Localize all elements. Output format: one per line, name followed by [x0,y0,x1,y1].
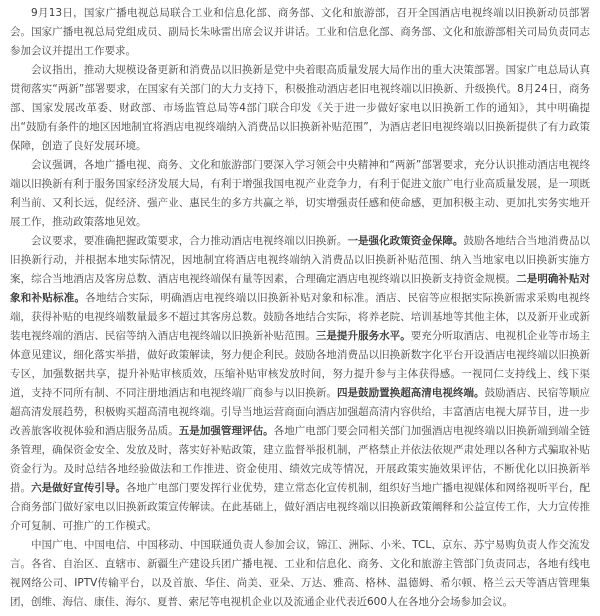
inline-bold-heading: 五是加强管理评估。 [179,425,274,437]
text-run: 中国广电、中国电信、中国移动、中国联通负责人参加会议，锦江、洲际、小米、TCL、… [10,539,590,608]
inline-bold-heading: 三是提升服务水平。 [316,330,411,342]
paragraph-4: 会议要求，要准确把握政策要求，合力推动酒店电视终端以旧换新。一是强化政策资金保障… [10,232,590,536]
text-run: 9月13日，国家广播电视总局联合工业和信息化部、商务部、文化和旅游部，召开全国酒… [10,7,590,57]
paragraph-2: 会议指出，推动大规模设备更新和消费品以旧换新是党中央着眼高质量发展大局作出的重大… [10,61,590,156]
inline-bold-heading: 六是做好宣传引导。 [31,482,126,494]
paragraph-3: 会议强调，各地广播电视、商务、文化和旅游部门要深入学习领会中央精神和“两新”部署… [10,156,590,232]
paragraph-1: 9月13日，国家广播电视总局联合工业和信息化部、商务部、文化和旅游部，召开全国酒… [10,4,590,61]
text-run: 会议要求，要准确把握政策要求，合力推动酒店电视终端以旧换新。 [31,235,347,247]
article-body: 9月13日，国家广播电视总局联合工业和信息化部、商务部、文化和旅游部，召开全国酒… [0,0,600,612]
inline-bold-heading: 四是鼓励置换超高清电视终端。 [337,387,485,399]
paragraph-5: 中国广电、中国电信、中国移动、中国联通负责人参加会议，锦江、洲际、小米、TCL、… [10,536,590,612]
inline-bold-heading: 一是强化政策资金保障。 [347,235,463,247]
text-run: 会议指出，推动大规模设备更新和消费品以旧换新是党中央着眼高质量发展大局作出的重大… [10,64,590,152]
text-run: 会议强调，各地广播电视、商务、文化和旅游部门要深入学习领会中央精神和“两新”部署… [10,159,590,228]
